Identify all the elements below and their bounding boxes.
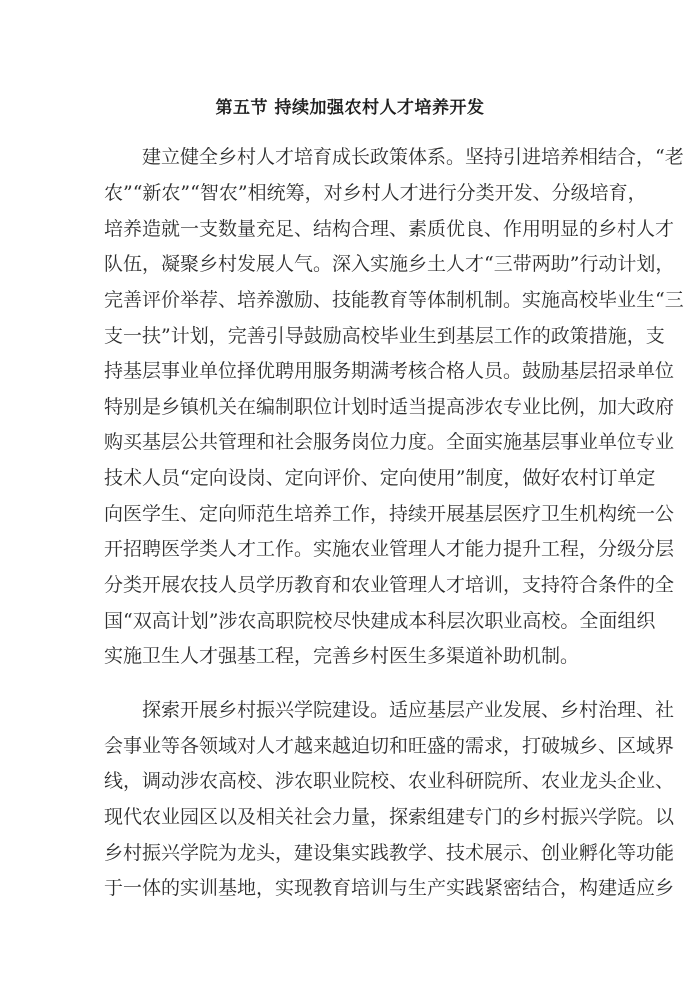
- text-line: 队伍，凝聚乡村发展人气。深入实施乡土人才“三带两助”行动计划，: [104, 252, 600, 276]
- text-line: 向医学生、定向师范生培养工作，持续开展基层医疗卫生机构统一公: [104, 502, 600, 526]
- text-line: 特别是乡镇机关在编制职位计划时适当提高涉农专业比例，加大政府: [104, 395, 600, 419]
- text-line: 线，调动涉农高校、涉农职业院校、农业科研院所、农业龙头企业、: [104, 769, 600, 793]
- text-line: 培养造就一支数量充足、结构合理、素质优良、作用明显的乡村人才: [104, 217, 600, 241]
- text-line: 支一扶”计划，完善引导鼓励高校毕业生到基层工作的政策措施，支: [104, 324, 600, 348]
- text-line: 开招聘医学类人才工作。实施农业管理人才能力提升工程，分级分层: [104, 537, 600, 561]
- section-title: 第五节 持续加强农村人才培养开发: [0, 93, 700, 118]
- text-line: 技术人员“定向设岗、定向评价、定向使用”制度，做好农村订单定: [104, 466, 600, 490]
- text-line: 探索开展乡村振兴学院建设。适应基层产业发展、乡村治理、社: [142, 698, 600, 722]
- document-page: 第五节 持续加强农村人才培养开发 建立健全乡村人才培育成长政策体系。坚持引进培养…: [0, 0, 700, 990]
- text-line: 现代农业园区以及相关社会力量，探索组建专门的乡村振兴学院。以: [104, 805, 600, 829]
- text-line: 乡村振兴学院为龙头，建设集实践教学、技术展示、创业孵化等功能: [104, 841, 600, 865]
- text-line: 购买基层公共管理和社会服务岗位力度。全面实施基层事业单位专业: [104, 430, 600, 454]
- text-line: 农”“新农”“智农”相统筹，对乡村人才进行分类开发、分级培育，: [104, 181, 600, 205]
- text-line: 国“双高计划”涉农高职院校尽快建成本科层次职业高校。全面组织: [104, 609, 600, 633]
- text-line: 建立健全乡村人才培育成长政策体系。坚持引进培养相结合，“老: [142, 145, 600, 169]
- text-line: 于一体的实训基地，实现教育培训与生产实践紧密结合，构建适应乡: [104, 876, 600, 900]
- text-line: 持基层事业单位择优聘用服务期满考核合格人员。鼓励基层招录单位: [104, 359, 600, 383]
- text-line: 实施卫生人才强基工程，完善乡村医生多渠道补助机制。: [104, 644, 600, 668]
- text-line: 完善评价举荐、培养激励、技能教育等体制机制。实施高校毕业生“三: [104, 288, 600, 312]
- text-line: 分类开展农技人员学历教育和农业管理人才培训，支持符合条件的全: [104, 573, 600, 597]
- text-line: 会事业等各领域对人才越来越迫切和旺盛的需求，打破城乡、区域界: [104, 734, 600, 758]
